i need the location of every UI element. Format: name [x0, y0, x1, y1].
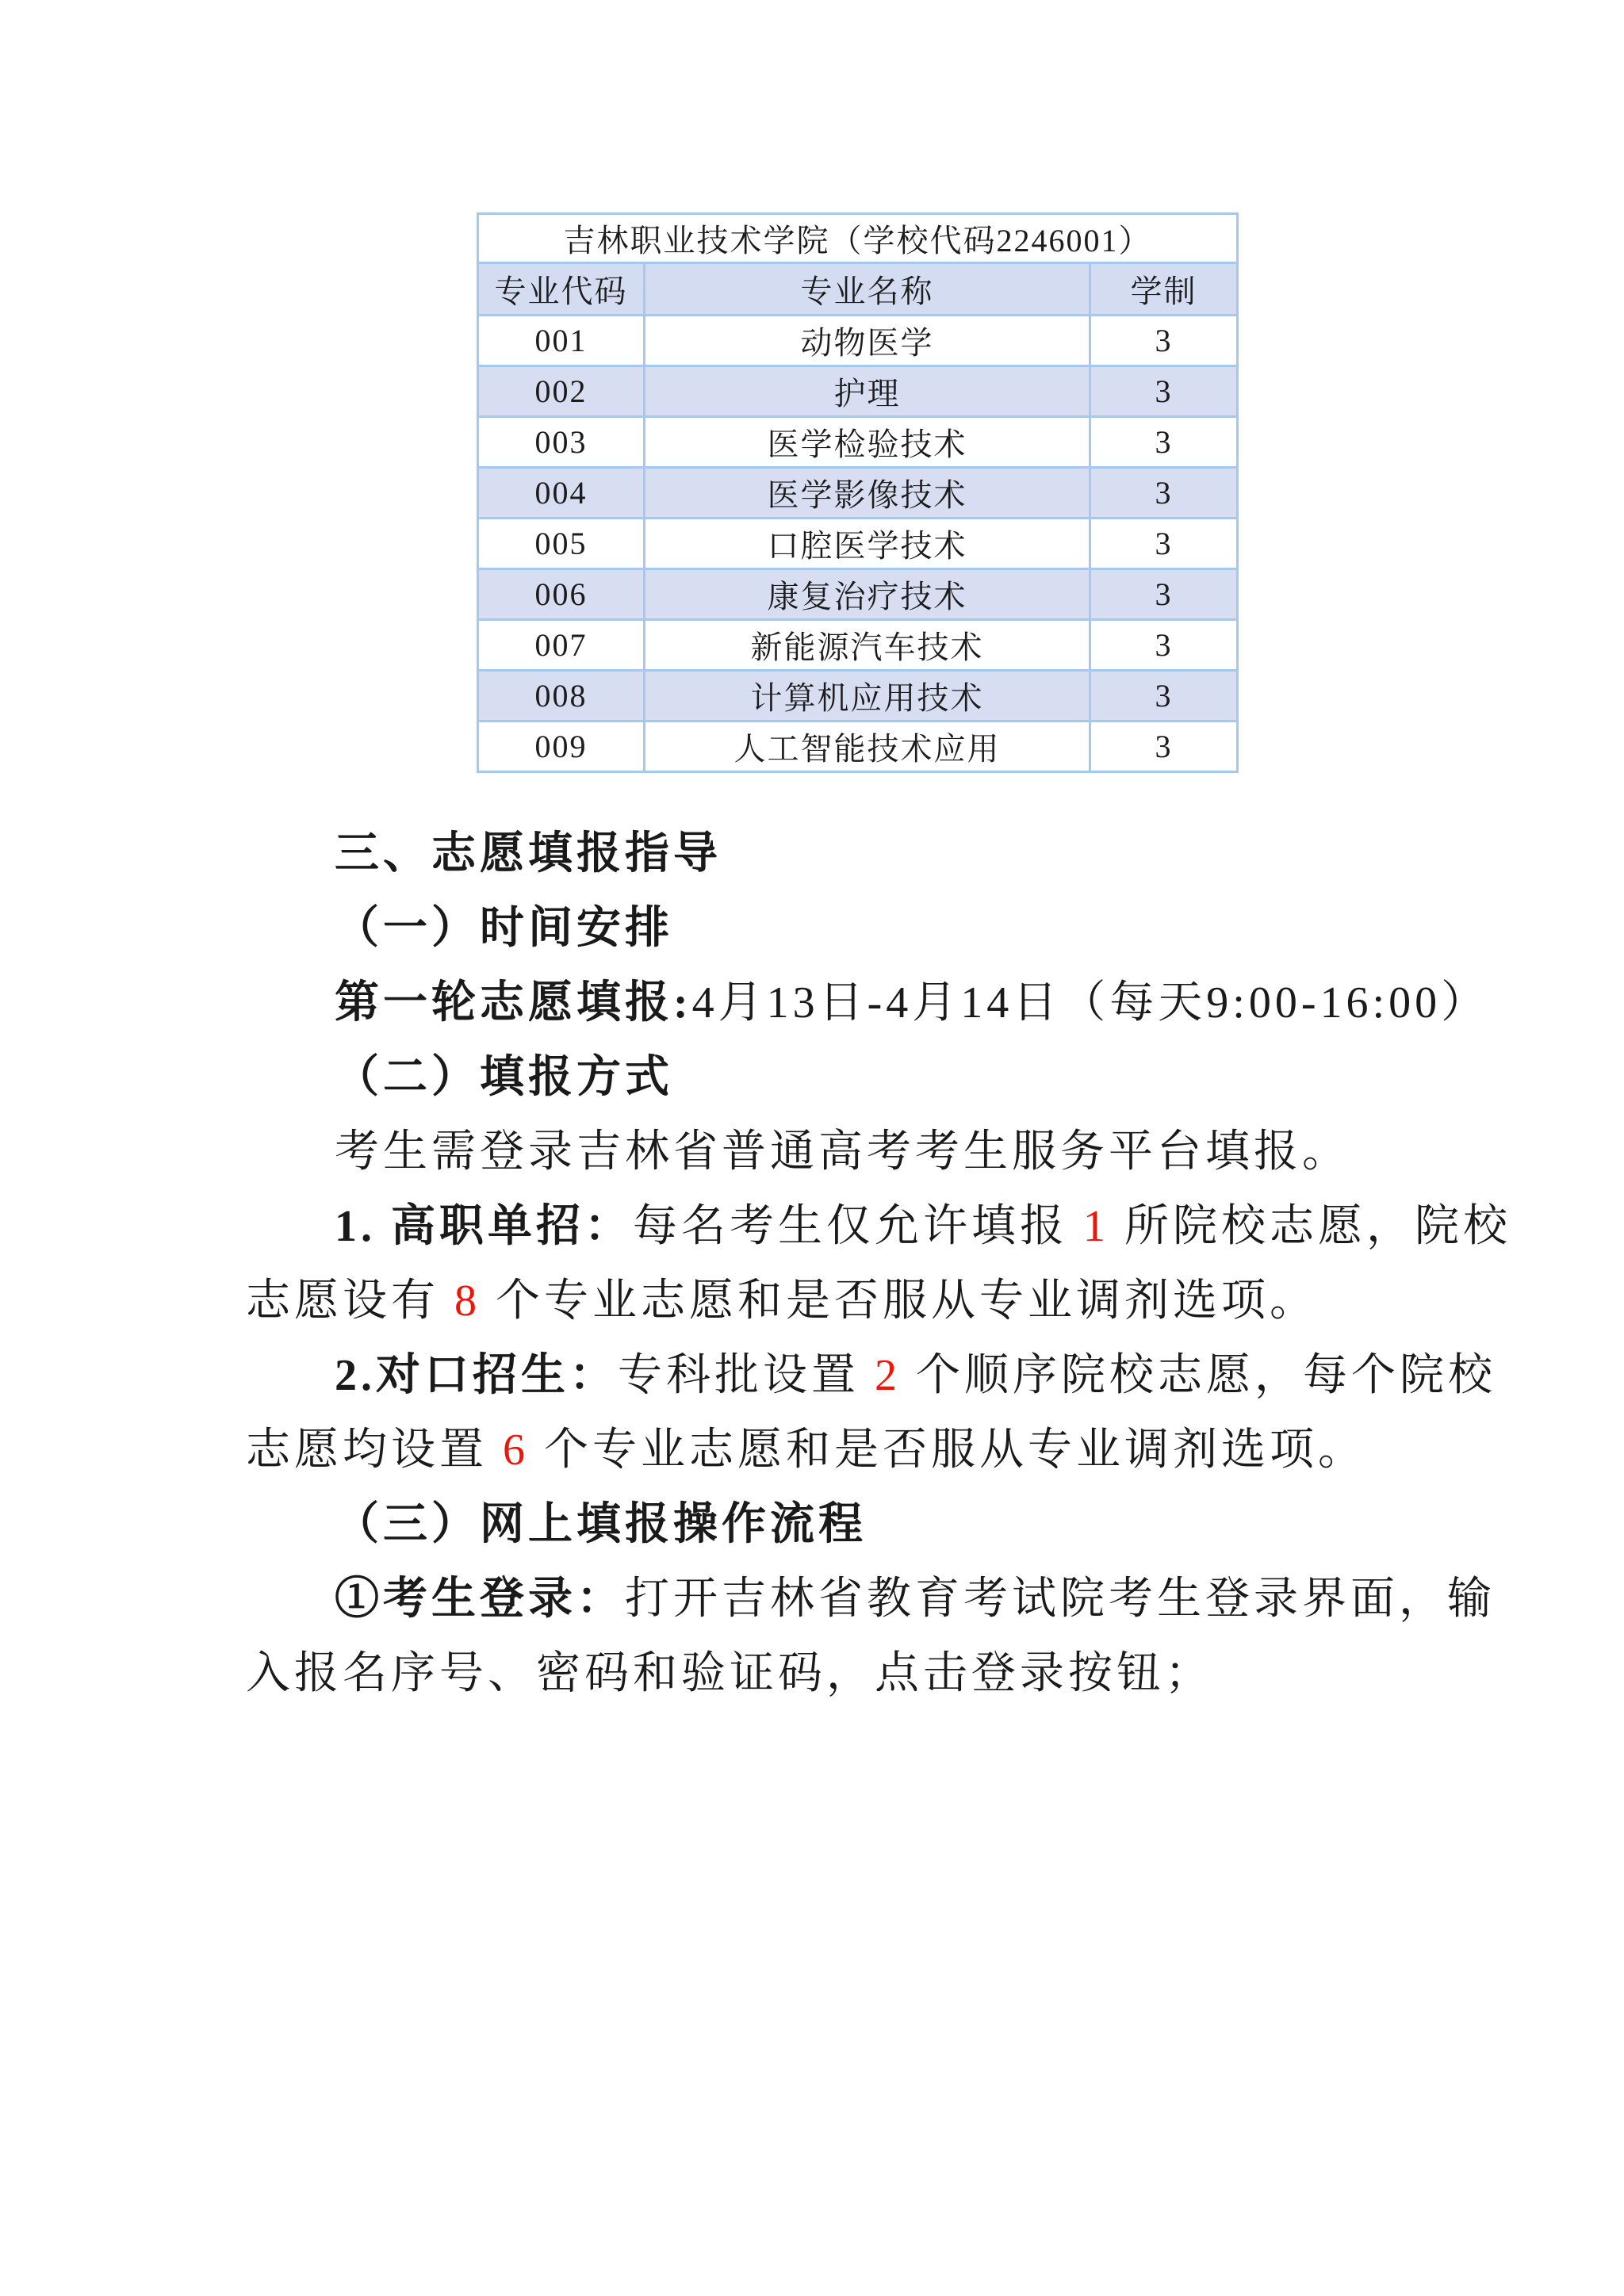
column-header-duration: 学制 [1090, 263, 1238, 316]
table-row: 006 康复治疗技术 3 [478, 569, 1238, 620]
cell-major-name: 人工智能技术应用 [645, 721, 1090, 772]
cell-major-code: 004 [478, 468, 645, 519]
cell-duration: 3 [1090, 468, 1238, 519]
cell-duration: 3 [1090, 721, 1238, 772]
round1-line: 第一轮志愿填报:4月13日-4月14日（每天9:00-16:00） [246, 966, 1378, 1040]
cell-major-name: 计算机应用技术 [645, 671, 1090, 721]
cell-major-code: 007 [478, 620, 645, 671]
item1-before: 每名考生仅允许填报 [633, 1202, 1083, 1251]
cell-major-name: 康复治疗技术 [645, 569, 1090, 620]
cell-major-name: 动物医学 [645, 316, 1090, 366]
cell-major-code: 008 [478, 671, 645, 721]
step1-text: 打开吉林省教育考试院考生登录界面，输 [625, 1575, 1496, 1624]
cell-major-code: 003 [478, 417, 645, 468]
table-row: 005 口腔医学技术 3 [478, 519, 1238, 569]
round1-label: 第一轮志愿填报: [335, 978, 692, 1027]
cell-major-name: 护理 [645, 366, 1090, 417]
cell-duration: 3 [1090, 620, 1238, 671]
subsection-2-heading: （二）填报方式 [246, 1040, 1378, 1115]
item1-line2-before: 志愿设有 [246, 1276, 454, 1326]
item1-after: 所院校志愿，院校 [1109, 1202, 1511, 1251]
item2-label: 2.对口招生： [335, 1351, 618, 1400]
table-row: 003 医学检验技术 3 [478, 417, 1238, 468]
cell-major-name: 新能源汽车技术 [645, 620, 1090, 671]
table-row: 008 计算机应用技术 3 [478, 671, 1238, 721]
cell-duration: 3 [1090, 316, 1238, 366]
cell-major-code: 005 [478, 519, 645, 569]
step1-line1: ①考生登录：打开吉林省教育考试院考生登录界面，输 [246, 1562, 1378, 1636]
subsection-3-heading: （三）网上填报操作流程 [246, 1487, 1378, 1562]
item1-line2-after: 个专业志愿和是否服从专业调剂选项。 [481, 1276, 1318, 1326]
cell-major-name: 医学检验技术 [645, 417, 1090, 468]
cell-major-code: 006 [478, 569, 645, 620]
item1-number: 1 [1083, 1202, 1109, 1251]
table-row: 009 人工智能技术应用 3 [478, 721, 1238, 772]
column-header-major-name: 专业名称 [645, 263, 1090, 316]
cell-major-name: 口腔医学技术 [645, 519, 1090, 569]
item2-line1: 2.对口招生：专科批设置 2 个顺序院校志愿，每个院校 [246, 1338, 1378, 1413]
item1-line1: 1. 高职单招：每名考生仅允许填报 1 所院校志愿，院校 [246, 1189, 1378, 1264]
item2-line2-after: 个专业志愿和是否服从专业调剂选项。 [529, 1425, 1366, 1475]
admission-plan-table: 吉林职业技术学院（学校代码2246001） 专业代码 专业名称 学制 001 动… [477, 212, 1239, 773]
table-row: 001 动物医学 3 [478, 316, 1238, 366]
item1-line2: 志愿设有 8 个专业志愿和是否服从专业调剂选项。 [246, 1264, 1378, 1338]
cell-major-name: 医学影像技术 [645, 468, 1090, 519]
item2-after: 个顺序院校志愿，每个院校 [901, 1351, 1496, 1400]
cell-duration: 3 [1090, 366, 1238, 417]
section-heading: 三、志愿填报指导 [246, 817, 1378, 891]
cell-major-code: 009 [478, 721, 645, 772]
item2-line2-number: 6 [503, 1425, 529, 1475]
table-row: 007 新能源汽车技术 3 [478, 620, 1238, 671]
item2-number: 2 [875, 1351, 901, 1400]
step1-line2: 入报名序号、密码和验证码，点击登录按钮； [246, 1636, 1378, 1711]
subsection-1-heading: （一）时间安排 [246, 891, 1378, 966]
table-title-row: 吉林职业技术学院（学校代码2246001） [478, 214, 1238, 263]
cell-duration: 3 [1090, 671, 1238, 721]
cell-duration: 3 [1090, 569, 1238, 620]
round1-text: 4月13日-4月14日（每天9:00-16:00） [692, 978, 1489, 1027]
item1-line2-number: 8 [454, 1276, 481, 1326]
cell-major-code: 001 [478, 316, 645, 366]
table-title: 吉林职业技术学院（学校代码2246001） [478, 214, 1238, 263]
cell-major-code: 002 [478, 366, 645, 417]
table-row: 004 医学影像技术 3 [478, 468, 1238, 519]
item1-label: 1. 高职单招： [335, 1202, 633, 1251]
item2-before: 专科批设置 [618, 1351, 875, 1400]
item2-line2: 志愿均设置 6 个专业志愿和是否服从专业调剂选项。 [246, 1413, 1378, 1487]
cell-duration: 3 [1090, 417, 1238, 468]
body-text: 三、志愿填报指导 （一）时间安排 第一轮志愿填报:4月13日-4月14日（每天9… [246, 817, 1378, 1711]
cell-duration: 3 [1090, 519, 1238, 569]
table-header-row: 专业代码 专业名称 学制 [478, 263, 1238, 316]
step1-label: ①考生登录： [335, 1575, 625, 1624]
intro-paragraph: 考生需登录吉林省普通高考考生服务平台填报。 [246, 1115, 1378, 1189]
table-row: 002 护理 3 [478, 366, 1238, 417]
document-page: 吉林职业技术学院（学校代码2246001） 专业代码 专业名称 学制 001 动… [0, 0, 1624, 2296]
column-header-major-code: 专业代码 [478, 263, 645, 316]
item2-line2-before: 志愿均设置 [246, 1425, 503, 1475]
